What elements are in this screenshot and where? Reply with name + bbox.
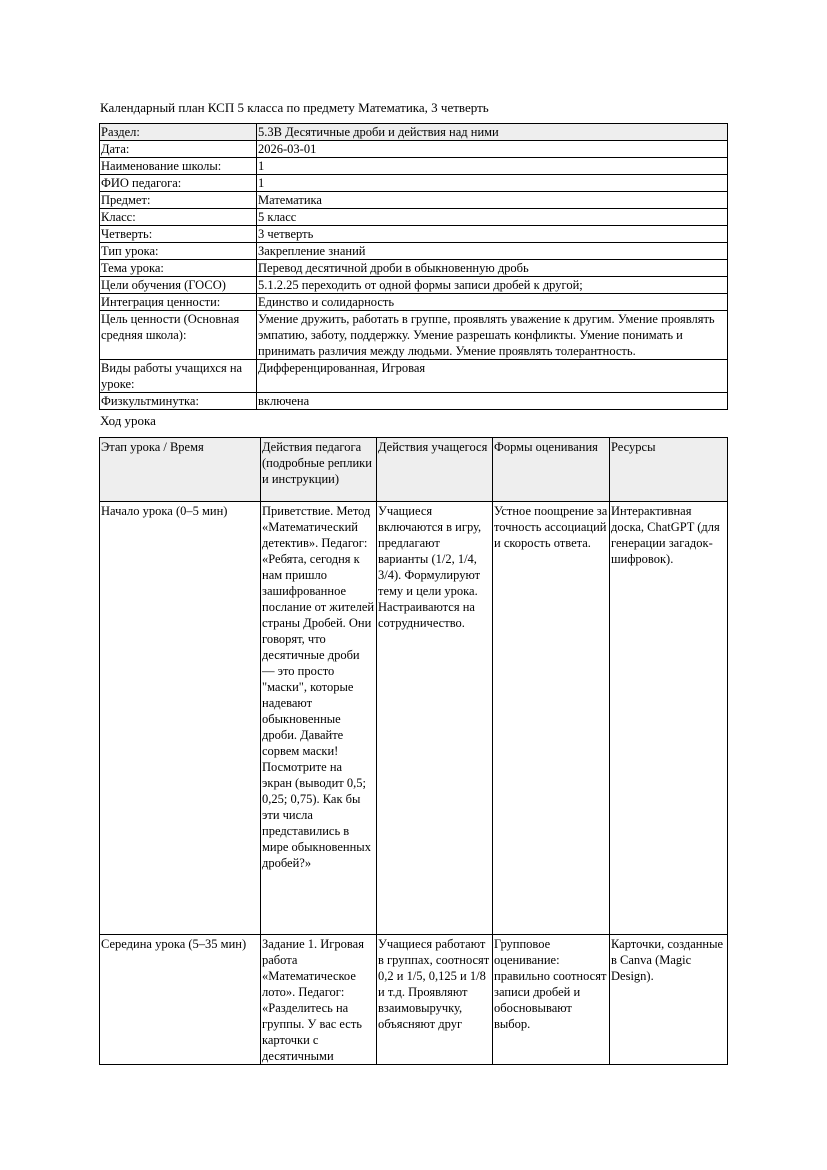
info-label: Виды работы учащихся на уроке: (100, 360, 257, 393)
info-label: Дата: (100, 141, 257, 158)
info-label: Наименование школы: (100, 158, 257, 175)
assessment-cell: Групповое оценивание: правильно соотнося… (493, 935, 610, 1065)
info-value: 2026-03-01 (257, 141, 728, 158)
info-row-quarter: Четверть: 3 четверть (100, 226, 728, 243)
teacher-actions-cell: Приветствие. Метод «Математический детек… (261, 502, 377, 935)
info-label: Тема урока: (100, 260, 257, 277)
info-label: Предмет: (100, 192, 257, 209)
info-label: Класс: (100, 209, 257, 226)
info-value: 5.3В Десятичные дроби и действия над ним… (257, 124, 728, 141)
info-label: Тип урока: (100, 243, 257, 260)
table-row: Середина урока (5–35 мин) Задание 1. Игр… (100, 935, 728, 1065)
info-value: 5 класс (257, 209, 728, 226)
info-value: Единство и солидарность (257, 294, 728, 311)
info-row-subject: Предмет: Математика (100, 192, 728, 209)
stage-cell: Начало урока (0–5 мин) (100, 502, 261, 935)
info-label: Цель ценности (Основная средняя школа): (100, 311, 257, 360)
info-row-school: Наименование школы: 1 (100, 158, 728, 175)
header-stage: Этап урока / Время (100, 438, 261, 502)
stage-cell: Середина урока (5–35 мин) (100, 935, 261, 1065)
info-label: Физкультминутка: (100, 393, 257, 410)
header-student-actions: Действия учащегося (377, 438, 493, 502)
header-resources: Ресурсы (610, 438, 728, 502)
info-value: включена (257, 393, 728, 410)
info-value: 3 четверть (257, 226, 728, 243)
info-row-date: Дата: 2026-03-01 (100, 141, 728, 158)
header-teacher-actions: Действия педагога (подробные реплики и и… (261, 438, 377, 502)
resources-cell: Интерактивная доска, ChatGPT (для генера… (610, 502, 728, 935)
info-row-objectives: Цели обучения (ГОСО) 5.1.2.25 переходить… (100, 277, 728, 294)
info-label: Интеграция ценности: (100, 294, 257, 311)
resources-cell: Карточки, созданные в Canva (Magic Desig… (610, 935, 728, 1065)
info-value: Перевод десятичной дроби в обыкновенную … (257, 260, 728, 277)
info-label: Цели обучения (ГОСО) (100, 277, 257, 294)
student-actions-cell: Учащиеся работают в группах, соотносят 0… (377, 935, 493, 1065)
plan-header-row: Этап урока / Время Действия педагога (по… (100, 438, 728, 502)
info-value: Умение дружить, работать в группе, прояв… (257, 311, 728, 360)
info-row-lesson-type: Тип урока: Закрепление знаний (100, 243, 728, 260)
info-value: Закрепление знаний (257, 243, 728, 260)
info-value: Математика (257, 192, 728, 209)
document-title: Календарный план КСП 5 класса по предмет… (100, 100, 489, 116)
info-value: 1 (257, 175, 728, 192)
info-label: Раздел: (100, 124, 257, 141)
info-row-topic: Тема урока: Перевод десятичной дроби в о… (100, 260, 728, 277)
info-row-physical-break: Физкультминутка: включена (100, 393, 728, 410)
table-row: Начало урока (0–5 мин) Приветствие. Мето… (100, 502, 728, 935)
student-actions-cell: Учащиеся включаются в игру, предлагают в… (377, 502, 493, 935)
lesson-plan-table: Этап урока / Время Действия педагога (по… (99, 437, 728, 1065)
info-label: Четверть: (100, 226, 257, 243)
teacher-actions-cell: Задание 1. Игровая работа «Математическо… (261, 935, 377, 1065)
assessment-cell: Устное поощрение за точность ассоциаций … (493, 502, 610, 935)
info-row-value-integration: Интеграция ценности: Единство и солидарн… (100, 294, 728, 311)
info-label: ФИО педагога: (100, 175, 257, 192)
header-assessment: Формы оценивания (493, 438, 610, 502)
info-value: 1 (257, 158, 728, 175)
info-row-work-types: Виды работы учащихся на уроке: Дифференц… (100, 360, 728, 393)
info-row-teacher: ФИО педагога: 1 (100, 175, 728, 192)
info-value: Дифференцированная, Игровая (257, 360, 728, 393)
info-row-value-goal: Цель ценности (Основная средняя школа): … (100, 311, 728, 360)
info-row-section: Раздел: 5.3В Десятичные дроби и действия… (100, 124, 728, 141)
lesson-info-table: Раздел: 5.3В Десятичные дроби и действия… (99, 123, 728, 410)
info-value: 5.1.2.25 переходить от одной формы запис… (257, 277, 728, 294)
info-row-class: Класс: 5 класс (100, 209, 728, 226)
section-title: Ход урока (100, 413, 156, 429)
